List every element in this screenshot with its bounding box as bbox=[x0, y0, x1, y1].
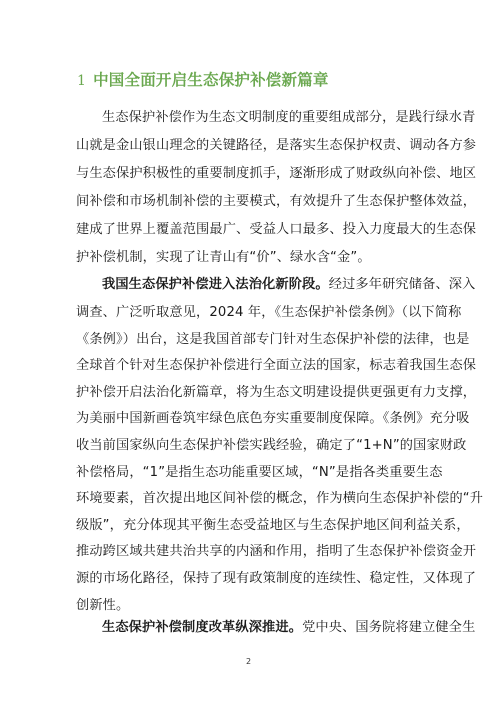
section-number: 1 bbox=[77, 73, 86, 89]
paragraph-3-lead: 生态保护补偿制度改革纵深推进。 bbox=[102, 620, 302, 635]
paragraph-2-first-rest: 经过多年研究储备、深入 bbox=[329, 277, 476, 292]
paragraph-2-line: 《条例》）出台，这是我国首部专门针对生态保护补偿的法律，也是 bbox=[76, 328, 470, 347]
paragraph-2-line: 收当前国家纵向生态保护补偿实践经验，确定了“1+N”的国家财政 bbox=[76, 434, 467, 453]
paragraph-2-line: 全球首个针对生态保护补偿进行全面立法的国家，标志着我国生态保 bbox=[76, 354, 476, 373]
paragraph-1-line: 建成了世界上覆盖范围最广、受益人口最多、投入力度最大的生态保 bbox=[76, 218, 476, 237]
paragraph-3-first-line: 生态保护补偿制度改革纵深推进。党中央、国务院将建立健全生 bbox=[102, 616, 475, 635]
paragraph-1-line: 山就是金山银山理念的关键路径，是落实生态保护权责、调动各方参 bbox=[76, 134, 476, 153]
paragraph-2-line: 为美丽中国新画卷筑牢绿色底色夯实重要制度保障。《条例》充分吸 bbox=[76, 407, 470, 426]
paragraph-1-line: 护补偿机制，实现了让青山有“价”、绿水含“金”。 bbox=[76, 246, 371, 265]
section-title: 中国全面开启生态保护补偿新篇章 bbox=[93, 71, 329, 89]
paragraph-2-first-line: 我国生态保护补偿进入法治化新阶段。经过多年研究储备、深入 bbox=[102, 273, 475, 292]
paragraph-2-line: 创新性。 bbox=[76, 594, 129, 613]
paragraph-1-line: 与生态保护积极性的重要制度抓手，逐渐形成了财政纵向补偿、地区 bbox=[76, 162, 476, 181]
paragraph-2-line: 护补偿开启法治化新篇章，将为生态文明建设提供更强更有力支撑， bbox=[76, 381, 476, 400]
paragraph-2-line: 推动跨区域共建共治共享的内涵和作用，指明了生态保护补偿资金开 bbox=[76, 540, 476, 559]
paragraph-2-lead: 我国生态保护补偿进入法治化新阶段。 bbox=[102, 277, 329, 292]
paragraph-2-line: 环境要素，首次提出地区间补偿的概念，作为横向生态保护补偿的“升 bbox=[76, 487, 483, 506]
paragraph-1-line: 间补偿和市场机制补偿的主要模式，有效提升了生态保护整体效益， bbox=[76, 190, 476, 209]
paragraph-2-line: 级版”，充分体现其平衡生态受益地区与生态保护地区间利益关系， bbox=[76, 514, 470, 533]
paragraph-1-line: 生态保护补偿作为生态文明制度的重要组成部分，是践行绿水青 bbox=[102, 106, 475, 125]
paragraph-2-line: 补偿格局，“1”是指生态功能重要区域，“N”是指各类重要生态 bbox=[76, 461, 443, 480]
paragraph-2-line: 源的市场化路径，保持了现有政策制度的连续性、稳定性，又体现了 bbox=[76, 567, 476, 586]
paragraph-2-line: 调查、广泛听取意见，2024 年，《生态保护补偿条例》（以下简称 bbox=[76, 301, 461, 320]
section-heading: 1中国全面开启生态保护补偿新篇章 bbox=[77, 68, 329, 90]
paragraph-3-first-rest: 党中央、国务院将建立健全生 bbox=[302, 620, 475, 635]
page-number: 2 bbox=[246, 657, 251, 666]
